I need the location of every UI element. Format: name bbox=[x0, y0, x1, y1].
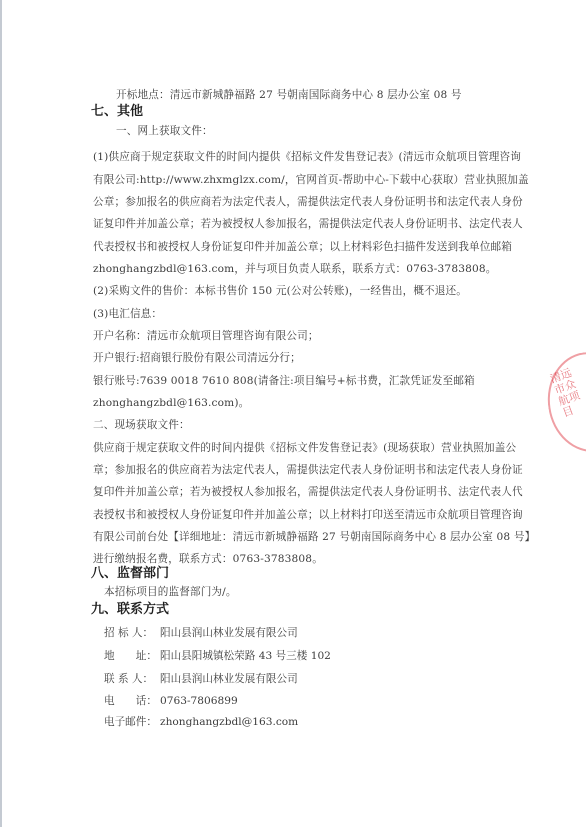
onsite-contact-line: 进行缴纳报名费，联系方式：0763-3783808。 bbox=[93, 552, 323, 566]
section-7-heading: 七、其他 bbox=[91, 104, 143, 120]
onsite-line: 表授权书和被授权人身份证复印件并加盖公章；以上材料打印送至清远市众航项目管理咨询 bbox=[93, 508, 523, 522]
contact-row-address: 地 址：阳山县阳城镇松荣路 43 号三楼 102 bbox=[104, 649, 331, 663]
contact-value: 阳山县润山林业发展有限公司 bbox=[160, 673, 298, 685]
contact-label: 地 址： bbox=[104, 649, 160, 663]
account-number-line: 银行账号:7639 0018 7610 808(请备注:项目编号+标书费，汇款凭… bbox=[93, 374, 475, 388]
online-acquisition-title: 一、网上获取文件： bbox=[116, 124, 213, 138]
contact-value: 阳山县润山林业发展有限公司 bbox=[160, 627, 298, 639]
online-line: 公章；参加报名的供应商若为法定代表人，需提供法定代表人身份证明书和法定代表人身份 bbox=[93, 195, 523, 209]
onsite-line: 复印件并加盖公章；若为被授权人参加报名，需提供法定代表人身份证明书、法定代表人代 bbox=[93, 485, 523, 499]
wire-email-line: zhonghangzbdl@163.com)。 bbox=[93, 396, 249, 410]
document-price-line: (2)采购文件的售价：本标书售价 150 元(公对公转账)，一经售出，概不退还。 bbox=[93, 284, 467, 298]
contact-value: zhonghangzbdl@163.com bbox=[160, 716, 298, 728]
contact-label: 电 话： bbox=[104, 694, 160, 708]
online-line: 证复印件并加盖公章；若为被授权人参加报名，需提供法定代表人身份证明书、法定代表人 bbox=[93, 217, 523, 231]
opening-location: 开标地点：清远市新城静福路 27 号朝南国际商务中心 8 层办公室 08 号 bbox=[116, 88, 462, 102]
section-8-heading: 八、监督部门 bbox=[91, 566, 169, 582]
contact-label: 电子邮件： bbox=[104, 715, 160, 729]
onsite-line: 供应商于规定获取文件的时间内提供《招标文件发售登记表》(现场获取）营业执照加盖公 bbox=[93, 441, 516, 455]
contact-label: 招 标 人： bbox=[104, 626, 160, 640]
document-page: 开标地点：清远市新城静福路 27 号朝南国际商务中心 8 层办公室 08 号 七… bbox=[0, 0, 586, 827]
online-line: (1)供应商于规定获取文件的时间内提供《招标文件发售登记表》(清远市众航项目管理… bbox=[93, 150, 521, 164]
contact-value: 阳山县阳城镇松荣路 43 号三楼 102 bbox=[160, 650, 331, 662]
contact-row-contact-person: 联 系 人：阳山县润山林业发展有限公司 bbox=[104, 672, 298, 686]
section-9-heading: 九、联系方式 bbox=[91, 602, 169, 618]
supervision-text: 本招标项目的监督部门为/。 bbox=[104, 585, 237, 599]
wire-info-title: (3)电汇信息： bbox=[93, 307, 162, 321]
online-email-line: zhonghangzbdl@163.com，并与项目负责人联系，联系方式：076… bbox=[93, 262, 497, 276]
onsite-acquisition-title: 二、现场获取文件： bbox=[93, 418, 190, 432]
contact-row-phone: 电 话：0763-7806899 bbox=[104, 694, 238, 708]
contact-row-email: 电子邮件：zhonghangzbdl@163.com bbox=[104, 715, 298, 729]
contact-row-tenderer: 招 标 人：阳山县润山林业发展有限公司 bbox=[104, 626, 298, 640]
account-name-line: 开户名称：清远市众航项目管理咨询有限公司； bbox=[93, 329, 319, 343]
contact-label: 联 系 人： bbox=[104, 672, 160, 686]
onsite-address-line: 有限公司前台处【详细地址：清远市新城静福路 27 号朝南国际商务中心 8 层办公… bbox=[93, 530, 535, 544]
contact-value: 0763-7806899 bbox=[160, 695, 238, 707]
bank-name-line: 开户银行:招商银行股份有限公司清远分行； bbox=[93, 351, 301, 365]
online-line: 有限公司:http://www.zhxmglzx.com/，官网首页-帮助中心-… bbox=[93, 173, 529, 187]
online-line: 代表授权书和被授权人身份证复印件并加盖公章；以上材料彩色扫描件发送到我单位邮箱 bbox=[93, 240, 512, 254]
onsite-line: 章；参加报名的供应商若为法定代表人，需提供法定代表人身份证明书和法定代表人身份证 bbox=[93, 463, 523, 477]
